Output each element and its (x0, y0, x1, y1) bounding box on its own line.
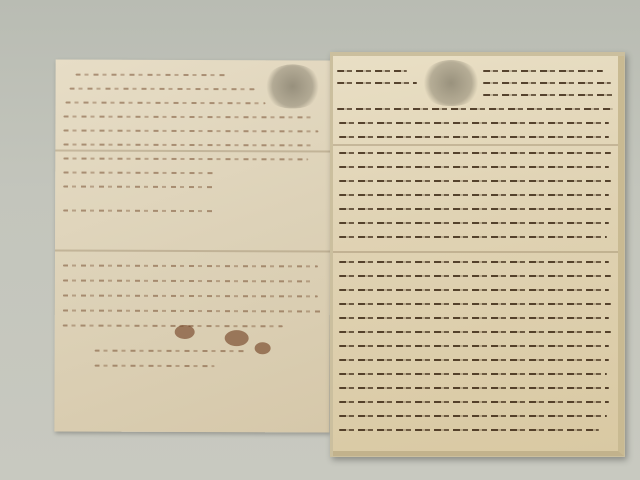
fold-line (55, 250, 330, 253)
handwriting-line (339, 122, 609, 124)
handwriting-line (339, 289, 609, 291)
handwriting-line (339, 136, 609, 138)
handwriting-line (483, 82, 611, 84)
handwriting-line (63, 116, 313, 119)
handwriting-line (95, 350, 245, 353)
seal-stamp-icon (421, 60, 481, 106)
handwriting-line (339, 166, 609, 168)
handwriting-line (63, 325, 283, 328)
handwriting-line (339, 208, 611, 210)
fold-line (55, 150, 330, 153)
handwriting-line (337, 70, 407, 72)
handwriting-line (339, 180, 611, 182)
handwriting-line (63, 144, 313, 147)
handwriting-line (339, 401, 609, 403)
ink-blot (175, 325, 195, 339)
handwriting-line (339, 152, 611, 154)
handwriting-line (63, 280, 313, 283)
handwriting-line (339, 429, 599, 431)
handwriting-line (339, 261, 609, 263)
handwriting-line (339, 303, 611, 305)
handwriting-line (339, 222, 609, 224)
handwriting-line (70, 88, 255, 91)
handwriting-line (339, 331, 611, 333)
handwriting-line (339, 387, 609, 389)
handwriting-line (483, 70, 603, 72)
handwriting-line (63, 158, 308, 161)
handwriting-line (339, 359, 609, 361)
right-manuscript (333, 56, 624, 456)
handwriting-line (339, 373, 607, 375)
handwriting-line (339, 345, 609, 347)
ink-blot (225, 330, 249, 346)
photo-scene: Photograph of two aged handwritten manus… (0, 0, 640, 480)
handwriting-line (63, 186, 213, 189)
handwriting-line (483, 94, 613, 96)
handwriting-line (63, 130, 318, 133)
fold-line (333, 251, 618, 253)
handwriting-line (95, 365, 215, 367)
handwriting-line (63, 210, 213, 213)
handwriting-line (76, 74, 226, 77)
fold-line (333, 144, 618, 146)
handwriting-line (339, 194, 609, 196)
left-manuscript (54, 60, 330, 433)
handwriting-line (65, 102, 265, 105)
handwriting-line (339, 236, 607, 238)
handwriting-line (63, 310, 323, 313)
handwriting-line (339, 317, 609, 319)
handwriting-line (63, 265, 318, 268)
seal-stamp-icon (263, 64, 321, 108)
handwriting-line (337, 108, 613, 110)
handwriting-line (339, 415, 607, 417)
ink-blot (255, 342, 271, 354)
handwriting-line (339, 275, 611, 277)
handwriting-line (337, 82, 417, 84)
handwriting-line (63, 295, 318, 298)
handwriting-line (63, 172, 213, 175)
